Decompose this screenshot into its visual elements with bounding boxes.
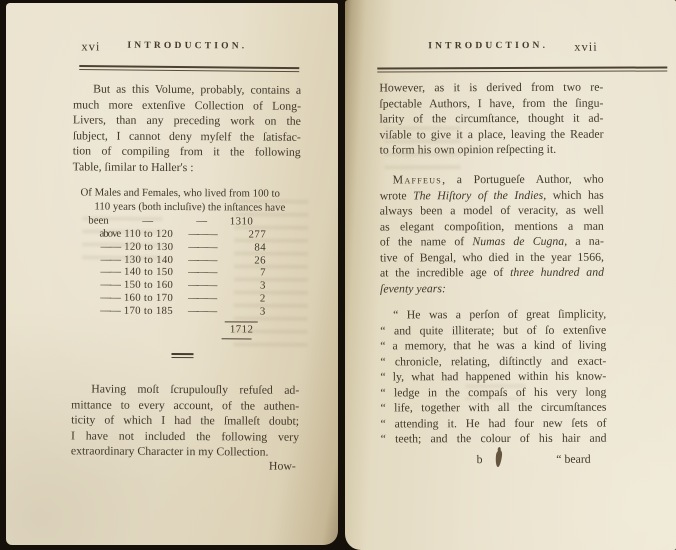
text-line: wrote The Hiſtory of the Indies, which h… [380, 187, 604, 203]
table-cell-rng: 140 to 150 [124, 266, 186, 279]
table-cell-rng: 160 to 170 [124, 292, 186, 305]
text-line: much more extenſive Collection of Long- [73, 97, 301, 114]
show-through-ghost [82, 216, 162, 262]
text-line: “ teeth; and the colour of his hair and [381, 431, 607, 447]
text-line: larity of the circumſtance, thought it a… [379, 111, 603, 127]
section-divider [171, 353, 193, 358]
table-cell-ldr: ——— [188, 241, 232, 254]
text-line: always been a model of veracity, as well [380, 203, 604, 219]
page-header-right: INTRODUCTION. xvii [376, 40, 600, 57]
text-line: “ a memory, that he was a kind of living [380, 338, 606, 354]
text-line: ticity of which I had the ſmalleſt doubt… [71, 412, 299, 429]
text-line: “ and quite illiterate; but of ſo extenſ… [380, 322, 606, 338]
paragraph: Maffeus, a Portugueſe Author, whowrote T… [380, 172, 604, 297]
table-cell-pref: —— [78, 304, 120, 317]
text-line: “ attending it. He had four new ſets of [380, 415, 606, 431]
show-through-ghost [234, 199, 309, 349]
running-title: INTRODUCTION. [376, 41, 600, 52]
table-cell-ldr: ——— [188, 305, 232, 318]
show-through-ghost [384, 126, 460, 178]
text-line: at the incredible age of three hundred a… [380, 265, 604, 281]
page-left: xvi INTRODUCTION. But as this Volume, pr… [6, 3, 338, 545]
head-rule [377, 66, 667, 72]
dash: — [196, 214, 207, 228]
table-cell-pref: —— [78, 291, 120, 304]
text-line: tion of compiling from it the following [73, 143, 301, 160]
text-line: “ life, together with all the circumſtan… [380, 400, 606, 416]
ink-blot [495, 450, 503, 468]
text-line: But as this Volume, probably, contains a [73, 81, 301, 98]
catchword: How- [71, 457, 296, 473]
table-cell-ldr: ——— [188, 254, 232, 267]
table-cell-rng: 150 to 160 [124, 279, 186, 292]
head-rule [79, 65, 299, 72]
page-foot-line: b “ beard [381, 452, 605, 471]
text-line: Livers, than any preceding work on the [73, 112, 301, 129]
table-cell-pref: —— [78, 279, 120, 292]
catchword: “ beard [556, 452, 590, 467]
table-cell-ldr: ——— [188, 292, 232, 305]
show-through-ghost [465, 384, 525, 400]
text-line: mittance to every account, of the authen… [71, 397, 299, 414]
table-cell-ldr: ——— [188, 266, 232, 279]
text-line: of the name of Numas de Cugna, a na- [380, 234, 604, 250]
table-cell-pref: —— [78, 266, 120, 279]
text-line: “ ly, what had happened within his know- [380, 369, 606, 385]
text-line: tive of Bengal, who died in the year 156… [380, 249, 604, 265]
text-line: I have not included the following very [71, 428, 299, 445]
text-line: “ He was a perſon of great ſimplicity, [393, 307, 606, 323]
signature-mark: b [477, 452, 483, 467]
book-scan: xvi INTRODUCTION. But as this Volume, pr… [0, 0, 676, 550]
text-line: Table, ſimilar to Haller's : [73, 159, 301, 176]
page-header-left: xvi INTRODUCTION. [73, 39, 301, 56]
text-line: ſubject, I cannot deny myſelf the ſatisf… [73, 128, 301, 145]
text-line: However, as it is derived from two re- [379, 80, 603, 96]
text-line: as elegant compoſition, mentions a man [380, 218, 604, 234]
quotation-paragraph: “ He was a perſon of great ſimplicity,“ … [380, 307, 606, 447]
table-cell-ldr: ——— [188, 279, 232, 292]
folio-number: xvii [574, 40, 598, 55]
text-line: Having moſt ſcrupulouſly refuſed ad- [71, 381, 299, 398]
paragraph: Having moſt ſcrupulouſly refuſed ad-mitt… [71, 381, 299, 460]
paragraph: But as this Volume, probably, contains a… [73, 81, 302, 175]
table-cell-rng: 170 to 185 [124, 304, 186, 317]
text-line: ſpectable Authors, I have, from the ſing… [379, 95, 603, 111]
text-line: ſeventy years: [380, 280, 604, 296]
running-title: INTRODUCTION. [73, 40, 301, 51]
text-line: “ chronicle, relating, diſtinctly and ex… [380, 353, 606, 369]
table-cell-ldr: ——— [188, 228, 232, 241]
page-right: INTRODUCTION. xvii However, as it is der… [345, 0, 676, 550]
